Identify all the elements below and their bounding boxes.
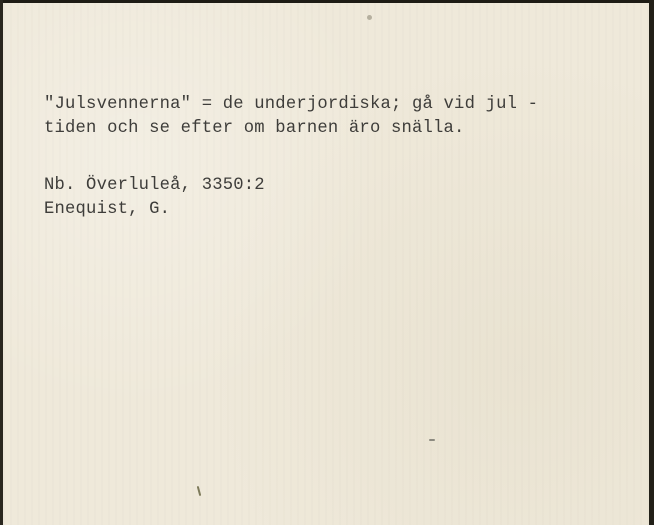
- entry-text-line-2: tiden och se efter om barnen äro snälla.: [44, 117, 465, 141]
- paper-dash-mark: [429, 439, 435, 441]
- entry-text-line-1: "Julsvennerna" = de underjordiska; gå vi…: [44, 93, 538, 117]
- scan-border-right: [649, 0, 654, 525]
- index-card: [3, 3, 649, 525]
- collector-name: Enequist, G.: [44, 198, 170, 222]
- source-reference: Nb. Överluleå, 3350:2: [44, 174, 265, 198]
- paper-speck: [367, 15, 372, 20]
